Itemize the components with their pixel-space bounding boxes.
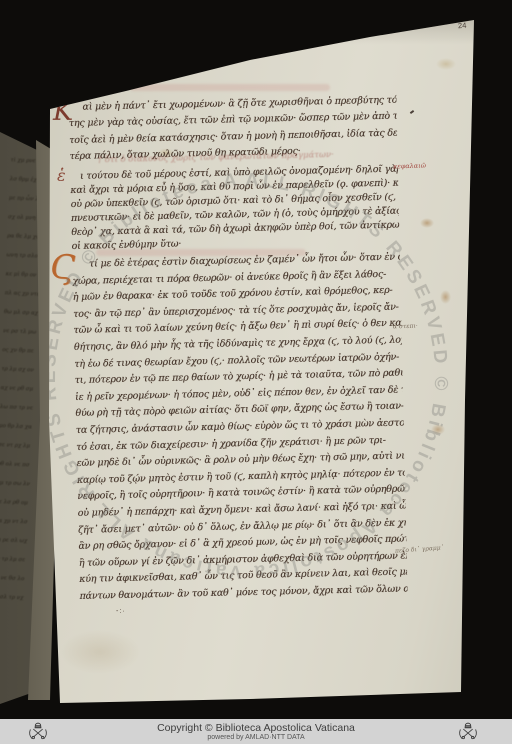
drop-cap-initial-2: ἑ <box>57 168 66 184</box>
previous-page-text-line: με σλ τρ νχ <box>0 588 32 609</box>
manuscript-photo: τὶ χμ ρνε ὀπλσ θρμ ἐχ τνμε πρ ὦν λτςσχ ο… <box>0 0 512 744</box>
vatican-crest-icon-right <box>456 721 480 743</box>
footer-bar: Copyright © Biblioteca Apostolica Vatica… <box>0 719 512 744</box>
powered-by-text: powered by AMLAD·NTT DATA <box>207 734 304 742</box>
paragraph-3: τί με δὲ ἑτέρας ἐστὶν διαχωρίσεως ἐν ζαμ… <box>72 249 408 605</box>
previous-page-text-line: ρχ νε θσ λο <box>0 569 33 590</box>
marginal-note-middle: ἀ στεπι· <box>393 323 418 331</box>
previous-page-text-line: λω πσ τρ νε <box>0 398 40 419</box>
previous-page-text-line: χμ τρ σω λν <box>0 474 37 495</box>
vatican-crest-icon-left <box>26 721 50 743</box>
previous-page-text-line: ος χν θρ πε <box>2 341 43 362</box>
bleed-through-rubric <box>130 84 330 91</box>
previous-page-text-line: νε λσ ρθ ομ <box>0 493 36 514</box>
foxing-stain <box>92 22 150 60</box>
manuscript-page: αὶ μὲν ἡ πάντ᾽ ἔτι χωρομένων· ἃ ζῇ ὅτε χ… <box>0 0 512 744</box>
previous-page-text-line: μο θρ λσ χα <box>0 417 39 438</box>
paragraph-2: ι τούτου δὲ τοῦ μέρους ἐστί, καὶ ὑπὸ φει… <box>70 163 400 254</box>
previous-page-text-line: τρ λμ σχ ον <box>1 360 42 381</box>
end-of-text-mark: -:· <box>116 608 126 615</box>
previous-page-text-line: θω μλ σρ αχ <box>4 303 45 324</box>
previous-page-text-line: σε ντ ρχ λμ <box>0 436 38 457</box>
previous-page-text-line: θμ ρε σλ ωχ <box>0 531 34 552</box>
previous-page-text-line: αχ νε ρθ σμ <box>0 379 41 400</box>
drop-cap-initial-3: Ϛ <box>50 250 75 283</box>
previous-page-text-line: ρθ ολ νε πσ <box>0 455 38 476</box>
folio-number: 24 <box>458 21 467 31</box>
previous-page-text-line: νε ρσ τλ μω <box>3 322 44 343</box>
drop-cap-initial-1: Κ <box>53 98 73 125</box>
foxing-stain <box>208 38 238 54</box>
marginal-gloss-red: κεφαλαιῶ <box>393 161 426 170</box>
foxing-stain <box>128 46 156 64</box>
previous-page-text-line: ον τρ λμ σε <box>0 550 34 571</box>
previous-page-text-line: πα χρ ντ λσ <box>0 512 35 533</box>
copyright-text: Copyright © Biblioteca Apostolica Vatica… <box>157 722 355 734</box>
